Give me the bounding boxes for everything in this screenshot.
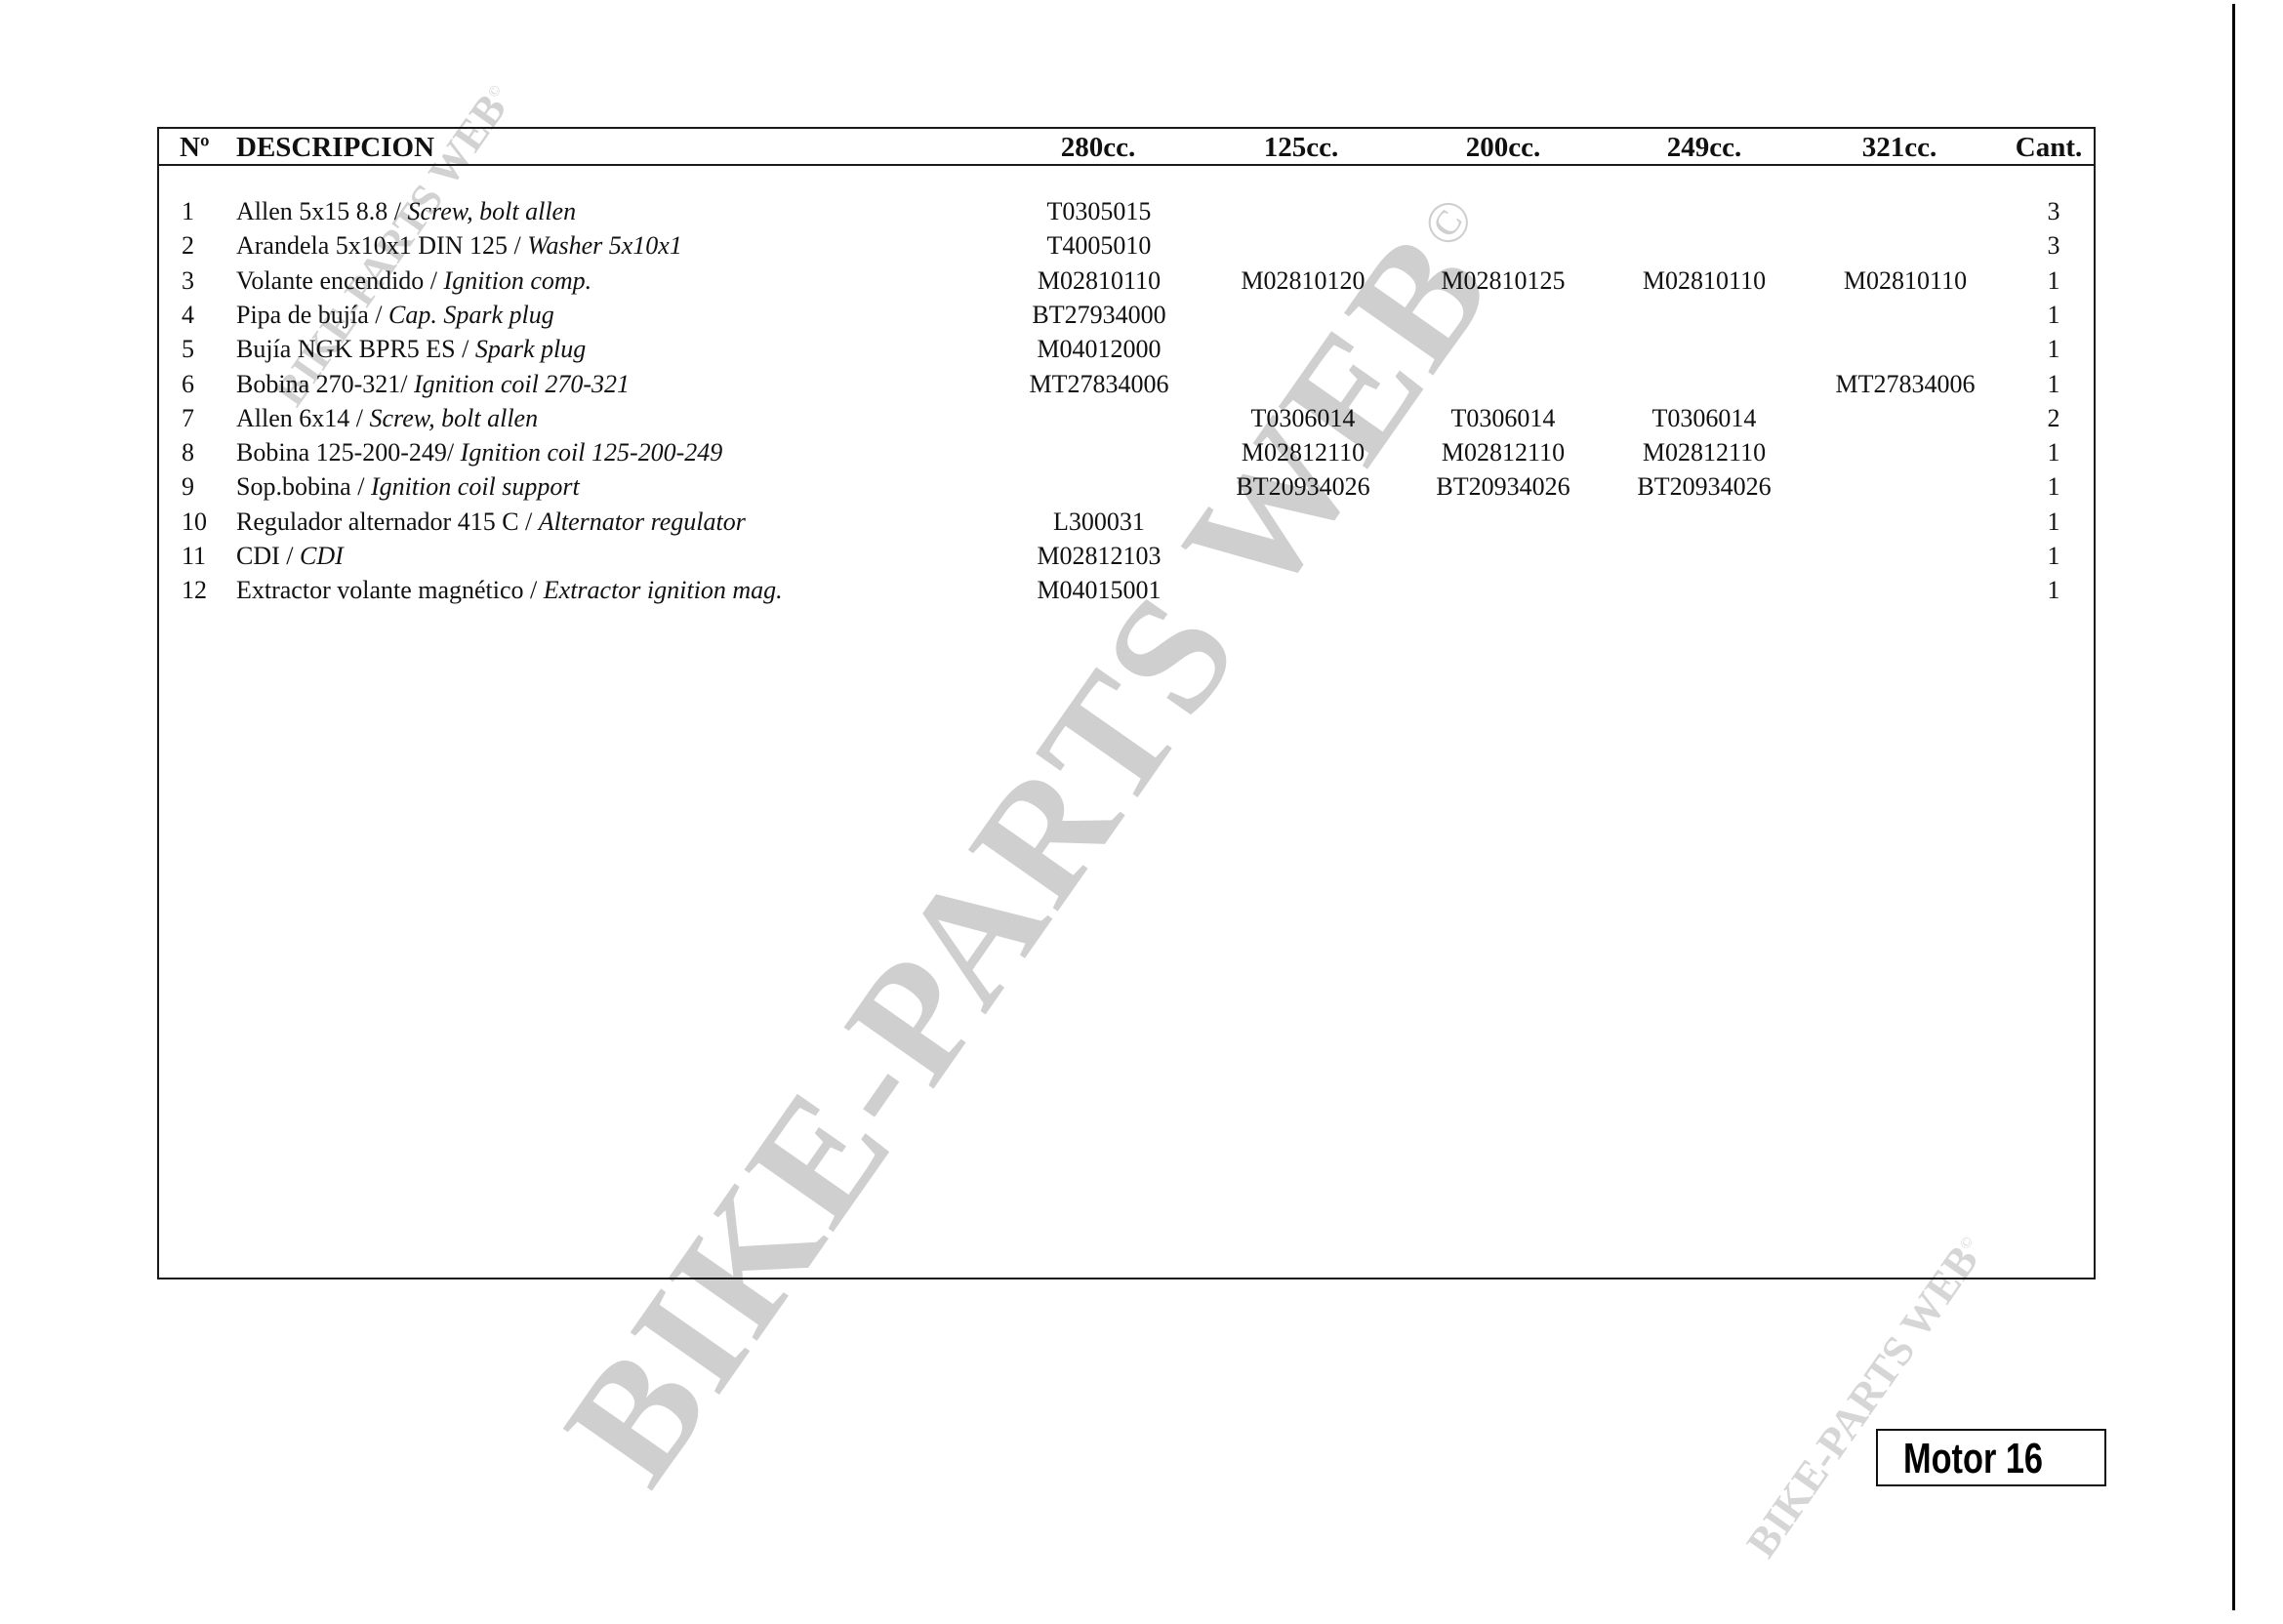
description-spanish: CDI / <box>236 542 300 570</box>
part-number-125cc: BT20934026 <box>1236 469 1369 504</box>
row-number: 8 <box>182 435 221 469</box>
table-row: 3Volante encendido / Ignition comp.M0281… <box>0 264 2283 298</box>
table-row: 10Regulador alternador 415 C / Alternato… <box>0 505 2283 539</box>
description-spanish: Bobina 270-321/ <box>236 370 414 398</box>
row-description: Bobina 270-321/ Ignition coil 270-321 <box>236 367 630 401</box>
row-description: Bobina 125-200-249/ Ignition coil 125-20… <box>236 435 722 469</box>
part-number-200cc: M02812110 <box>1442 435 1565 469</box>
description-spanish: Allen 6x14 / <box>236 404 370 432</box>
description-english: CDI <box>300 542 344 570</box>
header-200cc: 200cc. <box>1466 128 1541 164</box>
parts-list-page: BIKE-PARTS WEB© BIKE-PARTS WEB© BIKE-PAR… <box>0 0 2283 1624</box>
quantity-cell: 1 <box>2048 573 2060 607</box>
row-description: Extractor volante magnético / Extractor … <box>236 573 783 607</box>
description-spanish: Volante encendido / <box>236 266 444 295</box>
quantity-cell: 1 <box>2048 332 2060 366</box>
table-row: 5Bujía NGK BPR5 ES / Spark plugM04012000… <box>0 332 2283 366</box>
row-number: 4 <box>182 298 221 332</box>
table-row: 7Allen 6x14 / Screw, bolt allenT0306014T… <box>0 401 2283 435</box>
description-spanish: Pipa de bujía / <box>236 301 388 329</box>
header-125cc: 125cc. <box>1264 128 1339 164</box>
description-spanish: Extractor volante magnético / <box>236 576 544 604</box>
table-row: 6Bobina 270-321/ Ignition coil 270-321MT… <box>0 367 2283 401</box>
part-number-280cc: L300031 <box>1053 505 1145 539</box>
description-english: Alternator regulator <box>539 507 746 536</box>
header-divider <box>157 164 2096 166</box>
part-number-321cc: M02810110 <box>1844 264 1967 298</box>
table-row: 2Arandela 5x10x1 DIN 125 / Washer 5x10x1… <box>0 228 2283 263</box>
header-280cc: 280cc. <box>1061 128 1136 164</box>
row-number: 10 <box>182 505 221 539</box>
part-number-280cc: M02812103 <box>1037 539 1161 573</box>
row-number: 7 <box>182 401 221 435</box>
description-english: Extractor ignition mag. <box>544 576 783 604</box>
description-spanish: Sop.bobina / <box>236 472 371 501</box>
description-spanish: Bobina 125-200-249/ <box>236 438 461 467</box>
header-num: Nº <box>180 128 210 164</box>
row-description: Regulador alternador 415 C / Alternator … <box>236 505 746 539</box>
part-number-249cc: M02810110 <box>1643 264 1766 298</box>
description-english: Washer 5x10x1 <box>527 231 682 260</box>
row-number: 11 <box>182 539 221 573</box>
part-number-200cc: T0306014 <box>1451 401 1556 435</box>
part-number-200cc: BT20934026 <box>1436 469 1570 504</box>
row-description: Bujía NGK BPR5 ES / Spark plug <box>236 332 586 366</box>
part-number-249cc: T0306014 <box>1652 401 1757 435</box>
description-english: Ignition coil 270-321 <box>414 370 630 398</box>
page-label-box: Motor 16 <box>1876 1429 2106 1486</box>
row-description: Arandela 5x10x1 DIN 125 / Washer 5x10x1 <box>236 228 682 263</box>
row-description: Volante encendido / Ignition comp. <box>236 264 591 298</box>
page-label: Motor 16 <box>1903 1435 2043 1483</box>
part-number-280cc: M04015001 <box>1037 573 1161 607</box>
parts-table: Nº DESCRIPCION 280cc. 125cc. 200cc. 249c… <box>0 0 2283 1624</box>
part-number-249cc: BT20934026 <box>1637 469 1771 504</box>
quantity-cell: 1 <box>2048 435 2060 469</box>
description-english: Spark plug <box>475 335 586 363</box>
quantity-cell: 1 <box>2048 469 2060 504</box>
quantity-cell: 3 <box>2048 194 2060 228</box>
quantity-cell: 1 <box>2048 264 2060 298</box>
description-spanish: Allen 5x15 8.8 / <box>236 197 408 225</box>
row-description: Allen 6x14 / Screw, bolt allen <box>236 401 538 435</box>
part-number-125cc: M02812110 <box>1242 435 1365 469</box>
description-english: Cap. Spark plug <box>388 301 554 329</box>
row-number: 2 <box>182 228 221 263</box>
quantity-cell: 3 <box>2048 228 2060 263</box>
row-number: 12 <box>182 573 221 607</box>
part-number-321cc: MT27834006 <box>1836 367 1976 401</box>
part-number-280cc: M04012000 <box>1037 332 1161 366</box>
quantity-cell: 1 <box>2048 505 2060 539</box>
description-english: Screw, bolt allen <box>408 197 577 225</box>
quantity-cell: 2 <box>2048 401 2060 435</box>
row-number: 9 <box>182 469 221 504</box>
row-number: 3 <box>182 264 221 298</box>
description-english: Ignition coil support <box>371 472 580 501</box>
quantity-cell: 1 <box>2048 367 2060 401</box>
header-321cc: 321cc. <box>1862 128 1937 164</box>
row-description: Sop.bobina / Ignition coil support <box>236 469 580 504</box>
table-row: 9Sop.bobina / Ignition coil supportBT209… <box>0 469 2283 504</box>
part-number-125cc: M02810120 <box>1241 264 1365 298</box>
header-description: DESCRIPCION <box>236 128 434 164</box>
description-spanish: Regulador alternador 415 C / <box>236 507 539 536</box>
table-row: 4Pipa de bujía / Cap. Spark plugBT279340… <box>0 298 2283 332</box>
quantity-cell: 1 <box>2048 539 2060 573</box>
header-249cc: 249cc. <box>1667 128 1742 164</box>
table-row: 11CDI / CDIM028121031 <box>0 539 2283 573</box>
description-english: Screw, bolt allen <box>370 404 539 432</box>
part-number-280cc: T4005010 <box>1047 228 1152 263</box>
row-description: Pipa de bujía / Cap. Spark plug <box>236 298 554 332</box>
part-number-280cc: MT27834006 <box>1030 367 1169 401</box>
description-english: Ignition comp. <box>444 266 592 295</box>
part-number-249cc: M02812110 <box>1643 435 1766 469</box>
part-number-125cc: T0306014 <box>1251 401 1356 435</box>
scan-edge-line <box>2232 4 2235 1610</box>
description-english: Ignition coil 125-200-249 <box>461 438 723 467</box>
part-number-200cc: M02810125 <box>1441 264 1565 298</box>
part-number-280cc: T0305015 <box>1047 194 1152 228</box>
table-row: 1Allen 5x15 8.8 / Screw, bolt allenT0305… <box>0 194 2283 228</box>
row-number: 6 <box>182 367 221 401</box>
row-number: 1 <box>182 194 221 228</box>
part-number-280cc: M02810110 <box>1038 264 1161 298</box>
part-number-280cc: BT27934000 <box>1032 298 1165 332</box>
header-qty: Cant. <box>2016 128 2082 164</box>
description-spanish: Arandela 5x10x1 DIN 125 / <box>236 231 527 260</box>
table-row: 12Extractor volante magnético / Extracto… <box>0 573 2283 607</box>
row-description: CDI / CDI <box>236 539 344 573</box>
table-row: 8Bobina 125-200-249/ Ignition coil 125-2… <box>0 435 2283 469</box>
description-spanish: Bujía NGK BPR5 ES / <box>236 335 475 363</box>
row-number: 5 <box>182 332 221 366</box>
quantity-cell: 1 <box>2048 298 2060 332</box>
row-description: Allen 5x15 8.8 / Screw, bolt allen <box>236 194 576 228</box>
